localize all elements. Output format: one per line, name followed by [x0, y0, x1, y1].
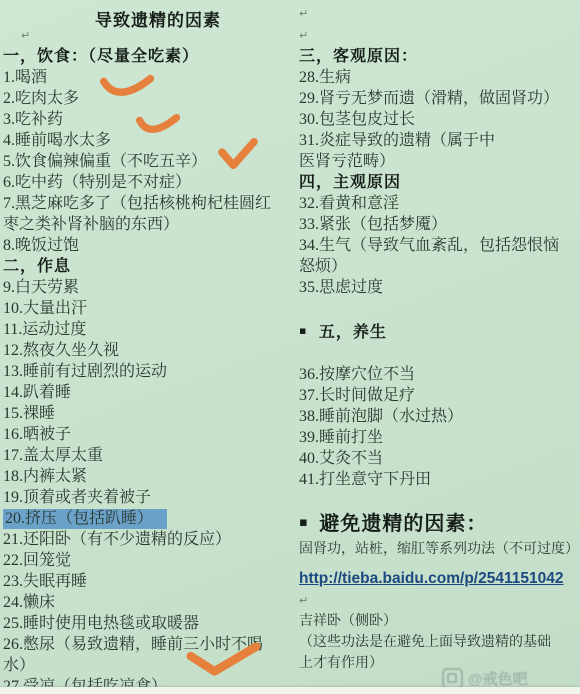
list-line: 22.回笼觉 [3, 550, 296, 571]
list-line: ↵ [299, 24, 580, 46]
line-text: 24.懒床 [3, 594, 55, 611]
line-text: ↵ [21, 29, 30, 42]
list-line: ▪ 五，养生 [299, 320, 580, 343]
list-line: 4.睡前喝水太多 [3, 130, 296, 151]
list-line: 28.生病 [299, 67, 580, 88]
avoid-section-title: ▪ 避免遗精的因素： [299, 508, 580, 539]
line-text: 8.晚饭过饱 [3, 237, 79, 254]
watermark: @戒色吧 [442, 668, 528, 689]
watermark-text: @戒色吧 [468, 668, 528, 689]
line-text: 固肾功，站桩，缩肛等系列功法（不可过度） [299, 542, 579, 557]
list-line: 24.懒床 [3, 592, 296, 613]
line-text: 18.内裤太紧 [3, 468, 87, 485]
list-line: 38.睡前泡脚（水过热） [299, 406, 580, 427]
line-text: 31.炎症导致的遗精（属于中 [299, 132, 495, 149]
list-line: ↵ [299, 589, 580, 611]
list-line: 30.包茎包皮过长 [299, 109, 580, 130]
line-text: 7.黑芝麻吃多了（包括核桃枸杞桂圆红 [3, 195, 271, 212]
line-text: 1.喝酒 [3, 69, 47, 86]
list-line: 8.晚饭过饱 [3, 235, 296, 256]
list-line: （这些功法是在避免上面导致遗精的基础 [299, 632, 580, 653]
list-line: 29.肾亏无梦而遗（滑精，做固肾功） [299, 88, 580, 109]
line-text: 医肾亏范畴） [299, 153, 395, 170]
list-line: 3.吃补药 [3, 109, 296, 130]
list-line: 9.白天劳累 [3, 277, 296, 298]
line-text: ↵ [299, 594, 308, 607]
line-text: 避免遗精的因素： [319, 513, 487, 535]
list-line: 39.睡前打坐 [299, 427, 580, 448]
list-line: 枣之类补肾补脑的东西） [3, 214, 296, 235]
list-line: 15.裸睡 [3, 403, 296, 424]
line-text: 22.回笼觉 [3, 552, 71, 569]
line-text: 39.睡前打坐 [299, 429, 383, 446]
list-line: 32.看黄和意淫 [299, 193, 580, 214]
line-text: 34.生气（导致气血紊乱，包括怨恨恼 [299, 237, 559, 254]
line-text: 38.睡前泡脚（水过热） [299, 408, 463, 425]
highlighted-item: 20.挤压（包括趴睡） [3, 508, 296, 529]
line-text: 13.睡前有过剧烈的运动 [3, 363, 167, 380]
line-text: 12.熬夜久坐久视 [3, 342, 119, 359]
list-line: 16.晒被子 [3, 424, 296, 445]
list-line: 35.思虑过度 [299, 277, 580, 298]
line-text: 29.肾亏无梦而遗（滑精，做固肾功） [299, 90, 559, 107]
line-text: 16.晒被子 [3, 426, 71, 443]
list-line: ↵ [3, 24, 296, 46]
line-text: http://tieba.baidu.com/p/2541151042 [299, 570, 563, 587]
line-text: 19.顶着或者夹着被子 [3, 489, 151, 506]
line-text: 23.失眠再睡 [3, 573, 87, 590]
list-line: 21.还阳卧（有不少遗精的反应） [3, 529, 296, 550]
line-text: 21.还阳卧（有不少遗精的反应） [3, 531, 231, 548]
line-text: 怒烦） [299, 258, 347, 275]
line-text: 41.打坐意守下丹田 [299, 471, 431, 488]
line-text: 枣之类补肾补脑的东西） [3, 216, 179, 233]
list-line: 17.盖太厚太重 [3, 445, 296, 466]
line-text: 四，主观原因 [299, 174, 401, 191]
right-column: ↵ ↵ 三，客观原因： 28.生病 29.肾亏无梦而遗（滑精，做固肾功） [299, 2, 580, 674]
line-text: 14.趴着睡 [3, 384, 71, 401]
list-line: 5.饮食偏辣偏重（不吃五辛） [3, 151, 296, 172]
list-line: 二，作息 [3, 256, 296, 277]
line-text: 10.大量出汗 [3, 300, 87, 317]
line-text: 三，客观原因： [299, 48, 418, 65]
line-text: 4.睡前喝水太多 [3, 132, 111, 149]
line-text: 37.长时间做足疗 [299, 387, 415, 404]
line-text: 6.吃中药（特别是不对症） [3, 174, 191, 191]
line-text: 11.运动过度 [3, 321, 86, 338]
line-text: 20.挤压（包括趴睡） [3, 509, 167, 529]
list-line: 水） [3, 655, 296, 676]
list-line: ↵ [299, 2, 580, 24]
list-line: 40.艾灸不当 [299, 448, 580, 469]
line-text: 5.饮食偏辣偏重（不吃五辛） [3, 153, 207, 170]
line-text: 35.思虑过度 [299, 279, 383, 296]
bullet-icon: ▪ [299, 320, 307, 341]
line-text: 15.裸睡 [3, 405, 55, 422]
list-line: 2.吃肉太多 [3, 88, 296, 109]
list-line: 37.长时间做足疗 [299, 385, 580, 406]
list-line: 14.趴着睡 [3, 382, 296, 403]
list-line: 31.炎症导致的遗精（属于中 [299, 130, 580, 151]
list-line: 1.喝酒 [3, 67, 296, 88]
line-text: 吉祥卧（侧卧） [299, 614, 397, 629]
list-line: 26.憋尿（易致遗精，睡前三小时不喝 [3, 634, 296, 655]
tieba-logo-icon [442, 668, 463, 689]
line-text: 3.吃补药 [3, 111, 63, 128]
line-text: ↵ [299, 7, 308, 20]
list-line: 12.熬夜久坐久视 [3, 340, 296, 361]
list-line: 怒烦） [299, 256, 580, 277]
line-text: 28.生病 [299, 69, 351, 86]
line-text: 26.憋尿（易致遗精，睡前三小时不喝 [3, 636, 263, 653]
list-line: 41.打坐意守下丹田 [299, 469, 580, 490]
line-text: 上才有作用） [299, 656, 383, 671]
bullet-icon: ▪ [299, 508, 309, 538]
document-page: 导致遗精的因素 ↵ 一，饮食：（尽量全吃素） 1.喝酒 2.吃肉太多 [0, 0, 580, 694]
list-line: 上才有作用） [299, 653, 580, 674]
list-line: 33.紧张（包括梦魇） [299, 214, 580, 235]
list-line: 一，饮食：（尽量全吃素） [3, 46, 296, 67]
line-text: 40.艾灸不当 [299, 450, 383, 467]
list-line: 18.内裤太紧 [3, 466, 296, 487]
list-line: 10.大量出汗 [3, 298, 296, 319]
list-line: 19.顶着或者夹着被子 [3, 487, 296, 508]
list-line: 11.运动过度 [3, 319, 296, 340]
line-text: ↵ [299, 29, 308, 42]
list-line: 13.睡前有过剧烈的运动 [3, 361, 296, 382]
line-text: 17.盖太厚太重 [3, 447, 103, 464]
tieba-link[interactable]: http://tieba.baidu.com/p/2541151042 [299, 568, 580, 589]
line-text: 二，作息 [3, 258, 71, 275]
left-column: ↵ 一，饮食：（尽量全吃素） 1.喝酒 2.吃肉太多 3.吃补药 [3, 24, 296, 694]
line-text: 一，饮食：（尽量全吃素） [3, 48, 199, 65]
line-text: 30.包茎包皮过长 [299, 111, 415, 128]
list-line: 34.生气（导致气血紊乱，包括怨恨恼 [299, 235, 580, 256]
line-text: 2.吃肉太多 [3, 90, 79, 107]
line-text: （这些功法是在避免上面导致遗精的基础 [299, 635, 551, 650]
list-line: 36.按摩穴位不当 [299, 364, 580, 385]
line-text: 五，养生 [319, 324, 387, 341]
list-line: 23.失眠再睡 [3, 571, 296, 592]
line-text: 36.按摩穴位不当 [299, 366, 415, 383]
list-line: 四，主观原因 [299, 172, 580, 193]
list-line: 吉祥卧（侧卧） [299, 611, 580, 632]
list-line: 25.睡时使用电热毯或取暖器 [3, 613, 296, 634]
list-line: 三，客观原因： [299, 46, 580, 67]
list-line: 6.吃中药（特别是不对症） [3, 172, 296, 193]
line-text: 25.睡时使用电热毯或取暖器 [3, 615, 199, 632]
list-line: 固肾功，站桩，缩肛等系列功法（不可过度） [299, 539, 580, 560]
line-text: 水） [3, 657, 35, 674]
list-line: 7.黑芝麻吃多了（包括核桃枸杞桂圆红 [3, 193, 296, 214]
list-line: 医肾亏范畴） [299, 151, 580, 172]
photo-edge [0, 687, 580, 694]
list-line [299, 343, 580, 364]
line-text: 9.白天劳累 [3, 279, 79, 296]
line-text: 32.看黄和意淫 [299, 195, 399, 212]
line-text: 33.紧张（包括梦魇） [299, 216, 447, 233]
